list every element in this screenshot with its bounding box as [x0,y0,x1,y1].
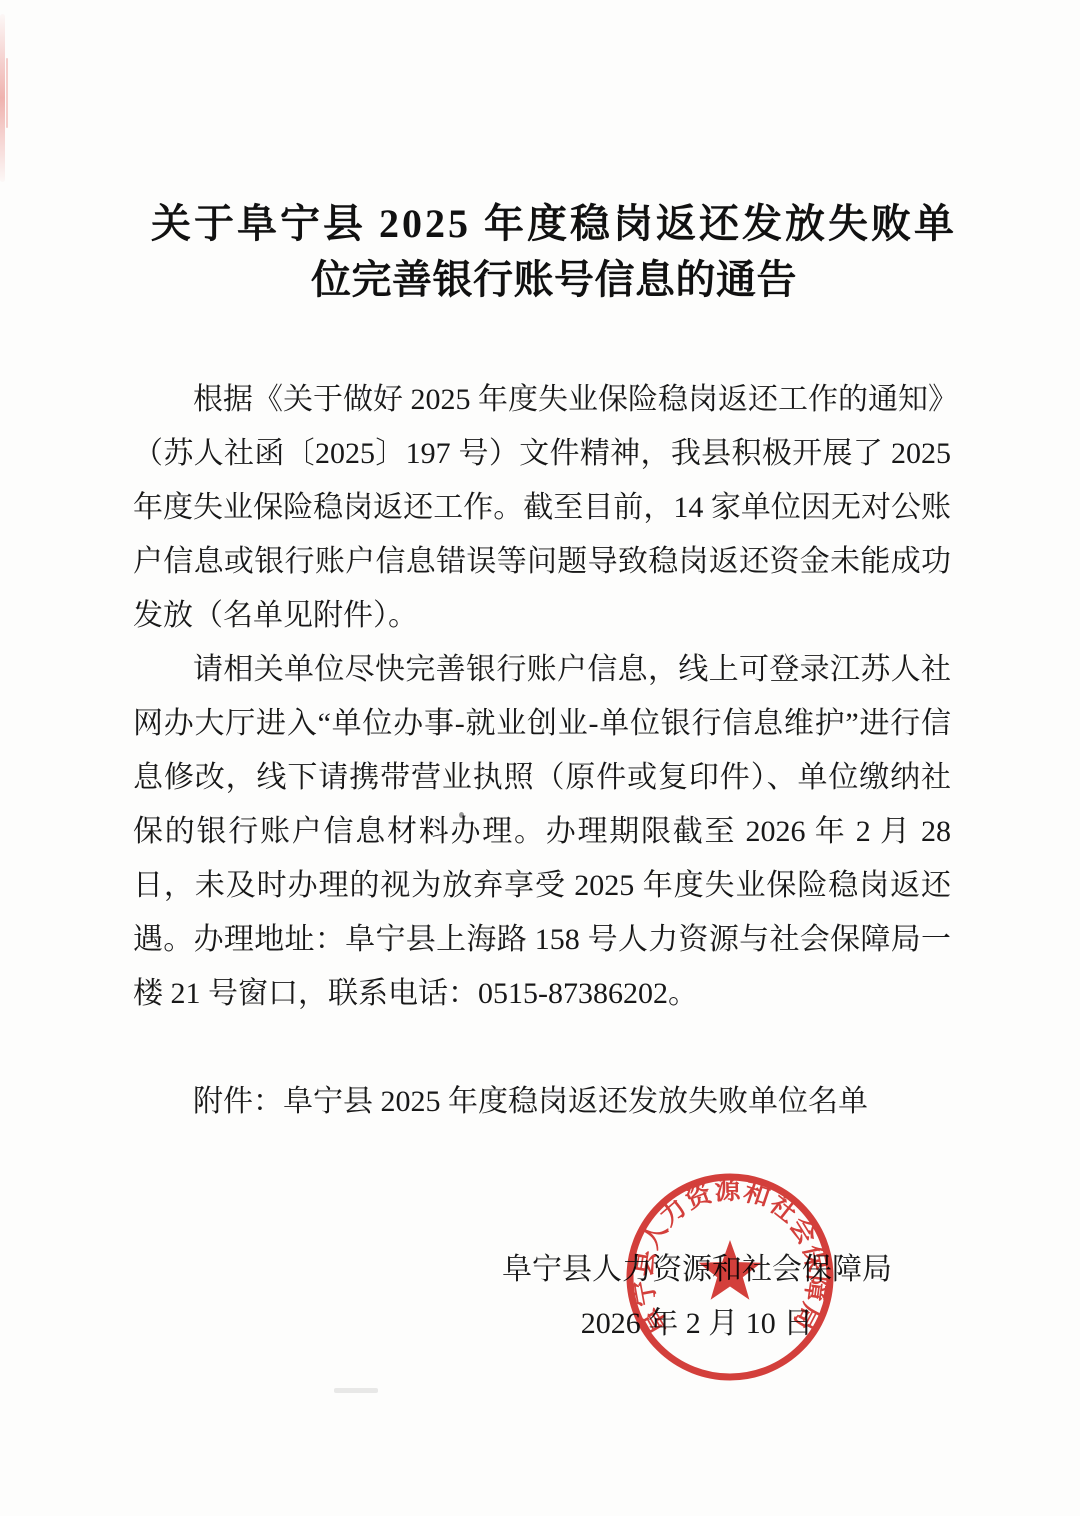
paragraph2-line: 保的银行账户信息材料办理。办理期限截至 2026 年 2 月 28 [133,805,951,859]
official-seal: 阜宁县人力资源和社会保障局 [620,1167,840,1387]
paragraph1-line: 根据《关于做好 2025 年度失业保险稳岗返还工作的通知》 [133,373,951,427]
paragraph2-line: 楼 21 号窗口，联系电话：0515-87386202。 [133,967,951,1021]
paragraph1-line: 户信息或银行账户信息错误等问题导致稳岗返还资金未能成功 [133,535,951,589]
paragraph2-line: 遇。办理地址：阜宁县上海路 158 号人力资源与社会保障局一 [133,913,951,967]
official-seal-graphic: 阜宁县人力资源和社会保障局 [620,1167,840,1387]
scan-artifact-streak [0,14,5,182]
paragraph2-line: 请相关单位尽快完善银行账户信息，线上可登录江苏人社 [133,643,951,697]
star-icon [699,1240,762,1300]
document-title-line-2: 位完善银行账号信息的通告 [14,252,1080,308]
paragraph2-line: 日，未及时办理的视为放弃享受 2025 年度失业保险稳岗返还待 [133,859,951,913]
attachment-line: 附件：阜宁县 2025 年度稳岗返还发放失败单位名单 [133,1075,951,1129]
paragraph2-line: 息修改，线下请携带营业执照（原件或复印件）、单位缴纳社 [133,751,951,805]
scan-artifact-smudge [334,1388,378,1393]
document-title: 关于阜宁县 2025 年度稳岗返还发放失败单 位完善银行账号信息的通告 [14,196,1080,308]
paragraph2-line: 网办大厅进入“单位办事-就业创业-单位银行信息维护”进行信 [133,697,951,751]
document-title-line-1: 关于阜宁县 2025 年度稳岗返还发放失败单 [14,196,1080,252]
paragraph1-line: 年度失业保险稳岗返还工作。截至目前，14 家单位因无对公账 [133,481,951,535]
scan-artifact-streak [6,58,8,128]
paragraph1-line: （苏人社函〔2025〕197 号）文件精神，我县积极开展了 2025 [133,427,951,481]
notice-document-page: 关于阜宁县 2025 年度稳岗返还发放失败单 位完善银行账号信息的通告 根据《关… [0,0,1080,1516]
blank-line [133,1021,951,1075]
paragraph1-line: 发放（名单见附件）。 [133,589,951,643]
